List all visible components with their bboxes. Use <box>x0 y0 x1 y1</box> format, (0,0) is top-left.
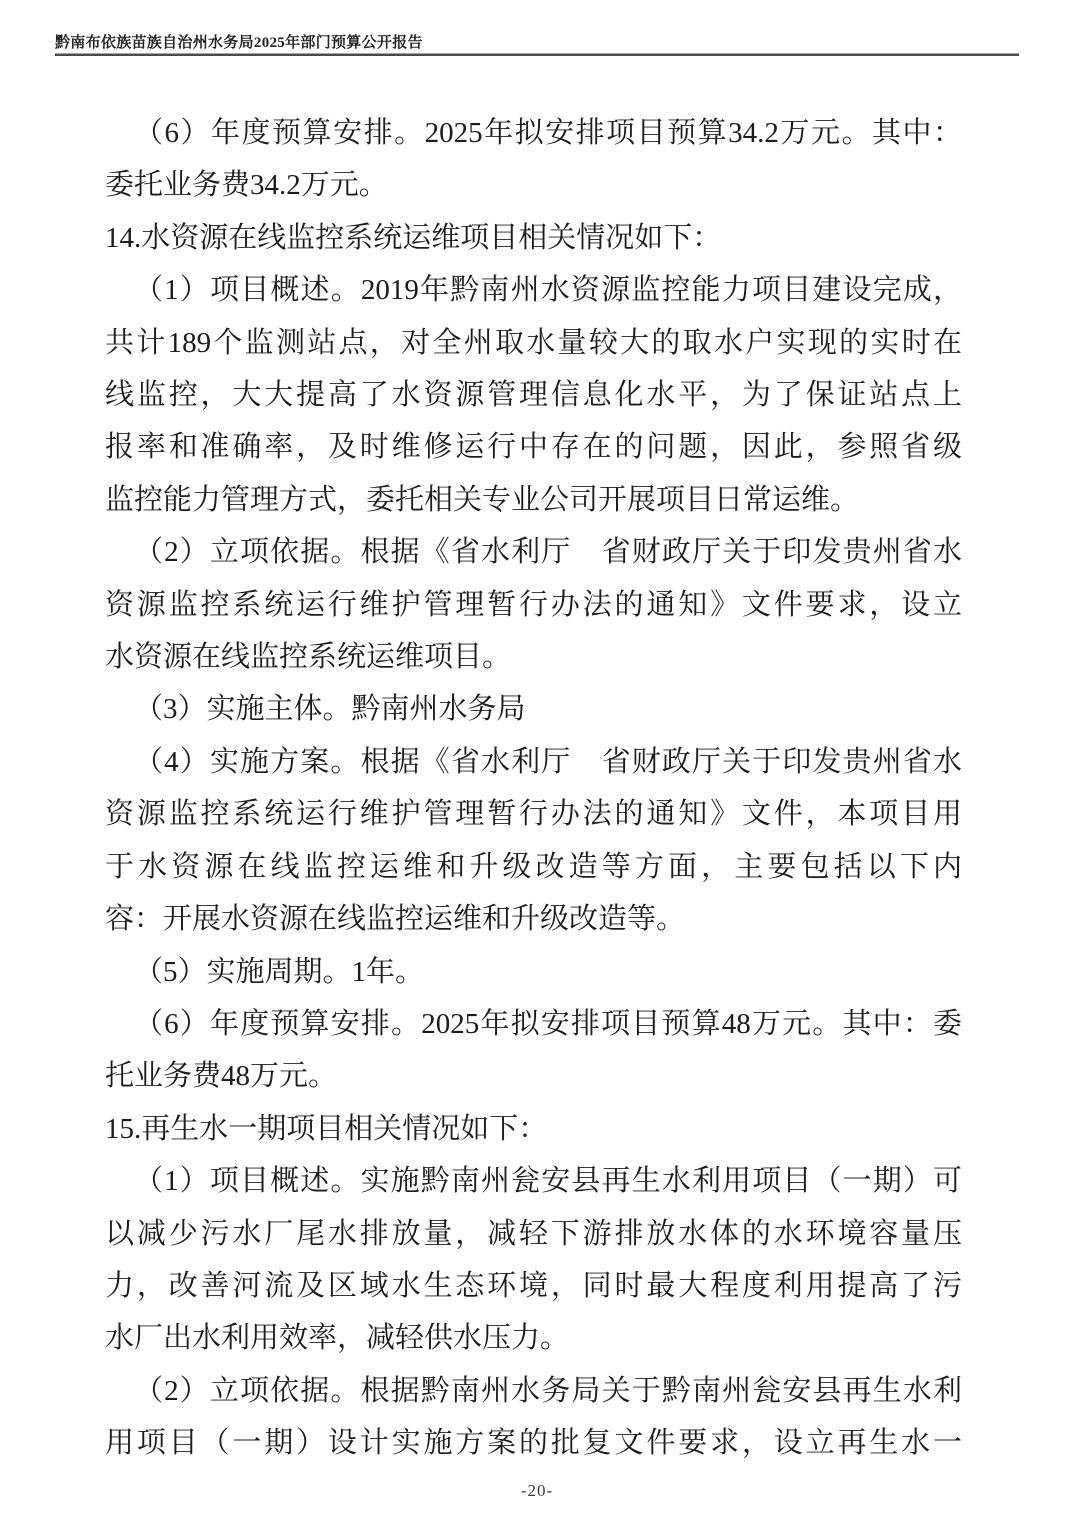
section-heading: 15.再生水一期项目相关情况如下： <box>105 1103 962 1155</box>
text-line: （6）年度预算安排。2025年拟安排项目预算34.2万元。其中： <box>105 107 962 159</box>
text-line: 资源监控系统运行维护管理暂行办法的通知》文件，本项目用 <box>105 788 962 840</box>
text-line: 线监控，大大提高了水资源管理信息化水平，为了保证站点上 <box>105 369 962 421</box>
text-line: 报率和准确率，及时维修运行中存在的问题，因此，参照省级 <box>105 421 962 473</box>
text-line: 托业务费48万元。 <box>105 1050 962 1102</box>
text-line: （1）项目概述。实施黔南州瓮安县再生水利用项目（一期）可 <box>105 1155 962 1207</box>
header-divider <box>55 53 1019 56</box>
text-line: 水资源在线监控系统运维项目。 <box>105 631 962 683</box>
text-line: 容：开展水资源在线监控运维和升级改造等。 <box>105 893 962 945</box>
text-line: 监控能力管理方式，委托相关专业公司开展项目日常运维。 <box>105 474 962 526</box>
text-line: 委托业务费34.2万元。 <box>105 159 962 211</box>
text-line: （2）立项依据。根据《省水利厅 省财政厅关于印发贵州省水 <box>105 526 962 578</box>
text-line: 以减少污水厂尾水排放量，减轻下游排放水体的水环境容量压 <box>105 1208 962 1260</box>
text-line: 水厂出水利用效率，减轻供水压力。 <box>105 1312 962 1364</box>
text-line: （6）年度预算安排。2025年拟安排项目预算48万元。其中：委 <box>105 998 962 1050</box>
text-line: （5）实施周期。1年。 <box>105 946 962 998</box>
text-line: 于水资源在线监控运维和升级改造等方面，主要包括以下内 <box>105 841 962 893</box>
page-header-title: 黔南布依族苗族自治州水务局2025年部门预算公开报告 <box>55 31 423 52</box>
text-line: （4）实施方案。根据《省水利厅 省财政厅关于印发贵州省水 <box>105 736 962 788</box>
text-line: （1）项目概述。2019年黔南州水资源监控能力项目建设完成， <box>105 264 962 316</box>
document-page: 黔南布依族苗族自治州水务局2025年部门预算公开报告 （6）年度预算安排。202… <box>0 0 1074 1520</box>
text-line: （3）实施主体。黔南州水务局 <box>105 683 962 735</box>
text-line: 力，改善河流及区域水生态环境，同时最大程度利用提高了污 <box>105 1260 962 1312</box>
text-line: 共计189个监测站点，对全州取水量较大的取水户实现的实时在 <box>105 317 962 369</box>
page-number: -20- <box>0 1481 1074 1501</box>
section-heading: 14.水资源在线监控系统运维项目相关情况如下： <box>105 212 962 264</box>
text-line: 资源监控系统运行维护管理暂行办法的通知》文件要求，设立 <box>105 579 962 631</box>
text-line: 用项目（一期）设计实施方案的批复文件要求，设立再生水一 <box>105 1417 962 1469</box>
document-body: （6）年度预算安排。2025年拟安排项目预算34.2万元。其中： 委托业务费34… <box>105 107 962 1470</box>
text-line: （2）立项依据。根据黔南州水务局关于黔南州瓮安县再生水利 <box>105 1365 962 1417</box>
